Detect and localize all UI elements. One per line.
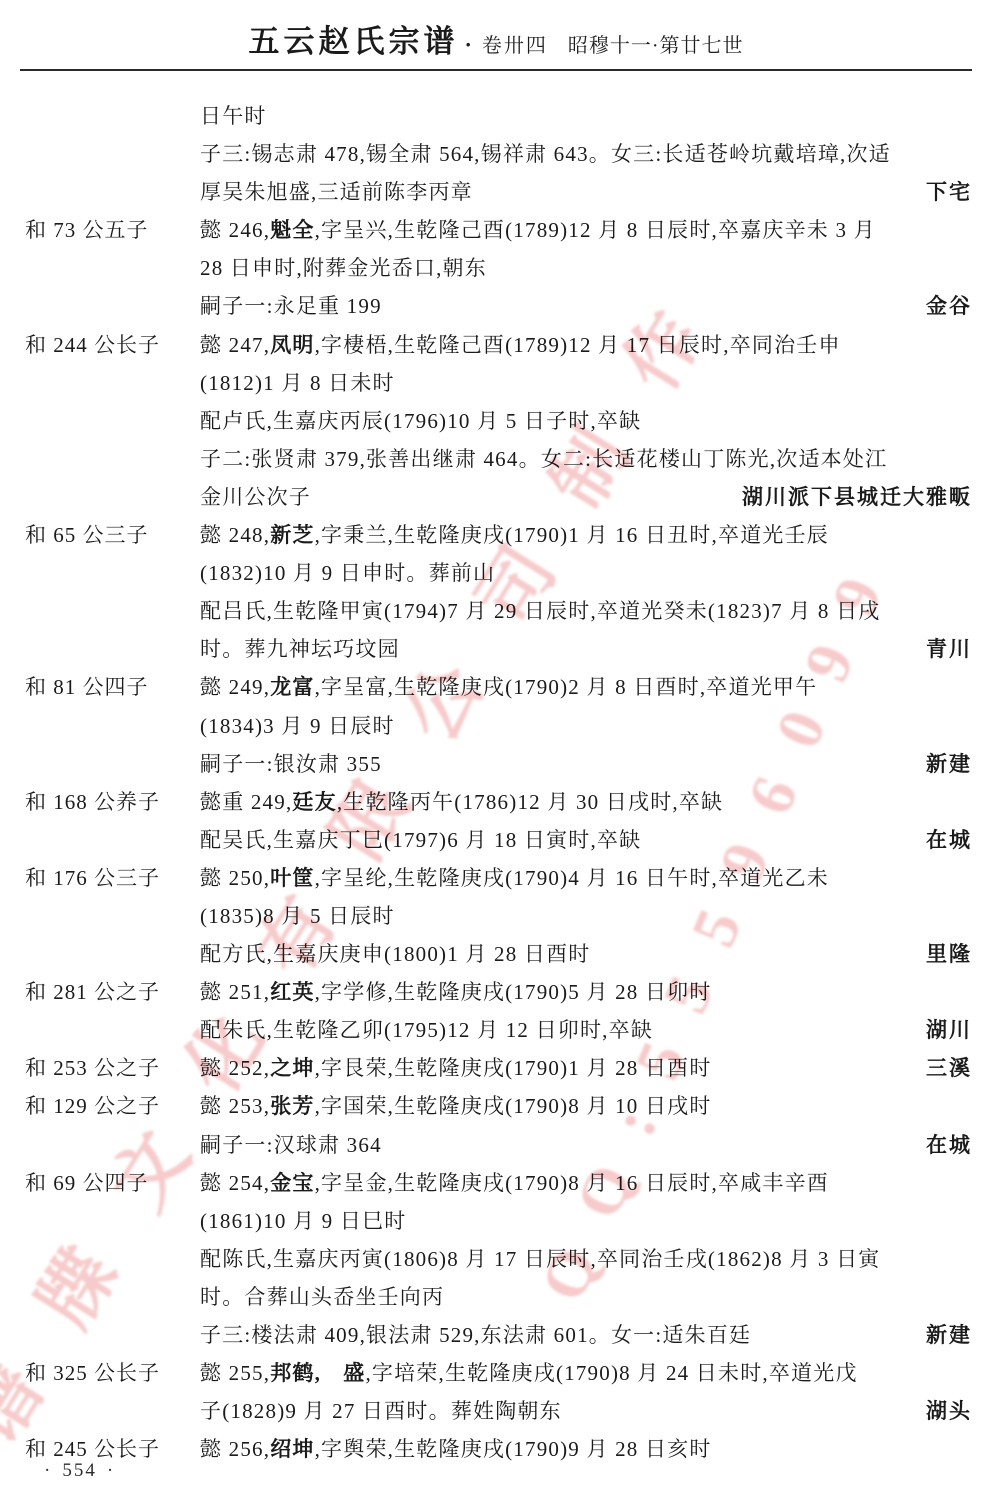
entry-text: 金川公次子 [200, 478, 311, 516]
genealogy-row: 配卢氏,生嘉庆丙辰(1796)10 月 5 日子时,卒缺 [25, 402, 972, 440]
entry-person-name: 廷友 [292, 783, 336, 821]
entry-text: 子三:锡志肃 478,锡全肃 564,锡祥肃 643。女三:长适苍岭坑戴培璋,次… [200, 135, 891, 173]
entry-text: 懿 255, [200, 1354, 270, 1392]
genealogy-row: 时。合葬山头岙坐壬向丙 [25, 1278, 972, 1316]
genealogy-row: 日午时 [25, 97, 972, 135]
genealogy-row: 和 325 公长子懿 255,邦鹤, 盛,字培荣,生乾隆庚戌(1790)8 月 … [25, 1354, 972, 1392]
entry-place-tag: 里隆 [914, 935, 972, 973]
entry-place-tag: 湖川 [914, 1011, 972, 1049]
entry-text: 嗣子一:银汝肃 355 [200, 745, 382, 783]
entry-text: 厚吴朱旭盛,三适前陈李丙章 [200, 173, 473, 211]
book-title: 五云赵氏宗谱 [248, 16, 458, 61]
entry-generation-label: 和 253 公之子 [25, 1049, 200, 1087]
genealogy-row: 和 69 公四子懿 254,金宝,字呈金,生乾隆庚戌(1790)8 月 16 日… [25, 1164, 972, 1202]
entry-generation-label: 和 81 公四子 [25, 668, 200, 706]
genealogy-row: 和 244 公长子懿 247,凤明,字棲梧,生乾隆己酉(1789)12 月 17… [25, 326, 972, 364]
entry-generation-label: 和 325 公长子 [25, 1354, 200, 1392]
entry-text: ,字棲梧,生乾隆己酉(1789)12 月 17 日辰时,卒同治壬申 [315, 326, 841, 364]
entry-text: (1861)10 月 9 日巳时 [200, 1202, 406, 1240]
entry-text: ,字学修,生乾隆庚戌(1790)5 月 28 日卯时 [315, 973, 712, 1011]
genealogy-row: 和 281 公之子懿 251,红英,字学修,生乾隆庚戌(1790)5 月 28 … [25, 973, 972, 1011]
entry-person-name: 龙富 [270, 668, 314, 706]
entry-text: 28 日申时,附葬金光岙口,朝东 [200, 249, 487, 287]
genealogy-row: 和 81 公四子懿 249,龙富,字呈富,生乾隆庚戌(1790)2 月 8 日酉… [25, 668, 972, 706]
entry-person-name: 魁全 [270, 211, 314, 249]
genealogy-row: 配方氏,生嘉庆庚申(1800)1 月 28 日酉时里隆 [25, 935, 972, 973]
genealogy-row: (1835)8 月 5 日辰时 [25, 897, 972, 935]
genealogy-row: 和 73 公五子懿 246,魁全,字呈兴,生乾隆己酉(1789)12 月 8 日… [25, 211, 972, 249]
entry-text: 懿 247, [200, 326, 270, 364]
entry-text: 懿 251, [200, 973, 270, 1011]
page-number-value: 554 [62, 1460, 97, 1481]
entry-place-tag: 在城 [914, 821, 972, 859]
entry-person-name: 金宝 [270, 1164, 314, 1202]
entry-text: ,字呈纶,生乾隆庚戌(1790)4 月 16 日午时,卒道光乙未 [315, 859, 829, 897]
entry-generation-label: 和 73 公五子 [25, 211, 200, 249]
entry-text: 配卢氏,生嘉庆丙辰(1796)10 月 5 日子时,卒缺 [200, 402, 641, 440]
genealogy-row: 和 253 公之子懿 252,之坤,字艮荣,生乾隆庚戌(1790)1 月 28 … [25, 1049, 972, 1087]
page-number-right-dot: · [107, 1460, 115, 1481]
genealogy-row: 金川公次子湖川派下县城迁大雅畈 [25, 478, 972, 516]
entry-text: (1834)3 月 9 日辰时 [200, 707, 395, 745]
entry-text: 嗣子一:永足重 199 [200, 287, 382, 325]
genealogy-row: 和 245 公长子懿 256,绍坤,字舆荣,生乾隆庚戌(1790)9 月 28 … [25, 1430, 972, 1468]
entry-text: 懿 253, [200, 1087, 270, 1125]
page-number: ·554· [34, 1460, 125, 1482]
genealogy-row: 和 176 公三子懿 250,叶筐,字呈纶,生乾隆庚戌(1790)4 月 16 … [25, 859, 972, 897]
entry-person-name: 叶筐 [270, 859, 314, 897]
entry-person-name: 之坤 [270, 1049, 314, 1087]
entry-text: ,字呈兴,生乾隆己酉(1789)12 月 8 日辰时,卒嘉庆辛未 3 月 [315, 211, 876, 249]
entry-text: 懿 246, [200, 211, 270, 249]
entry-person-name: 绍坤 [270, 1430, 314, 1468]
entry-text: ,字秉兰,生乾隆庚戌(1790)1 月 16 日丑时,卒道光壬辰 [315, 516, 829, 554]
entry-place-tag: 湖川派下县城迁大雅畈 [730, 478, 972, 516]
entry-place-tag: 下宅 [914, 173, 972, 211]
entry-text: 配朱氏,生乾隆乙卯(1795)12 月 12 日卯时,卒缺 [200, 1011, 653, 1049]
entry-person-name: 新芝 [270, 516, 314, 554]
entry-place-tag: 在城 [914, 1126, 972, 1164]
genealogy-row: 嗣子一:永足重 199金谷 [25, 287, 972, 325]
entry-place-tag: 新建 [914, 1316, 972, 1354]
genealogy-row: 厚吴朱旭盛,三适前陈李丙章下宅 [25, 173, 972, 211]
genealogy-page: 五云赵氏宗谱 · 卷卅四 昭穆十一·第廿七世 日午时子三:锡志肃 478,锡全肃… [0, 0, 992, 1512]
genealogy-row: 子二:张贤肃 379,张善出继肃 464。女二:长适花楼山丁陈光,次适本处江 [25, 440, 972, 478]
entry-text: 时。合葬山头岙坐壬向丙 [200, 1278, 444, 1316]
entry-text: 配吕氏,生乾隆甲寅(1794)7 月 29 日辰时,卒道光癸未(1823)7 月… [200, 592, 880, 630]
entry-person-name: 红英 [270, 973, 314, 1011]
header-divider [20, 69, 972, 71]
genealogy-row: (1812)1 月 8 日未时 [25, 364, 972, 402]
genealogy-row: 和 168 公养子懿重 249,廷友,生乾隆丙午(1786)12 月 30 日戌… [25, 783, 972, 821]
entry-person-name: 邦鹤, 盛 [270, 1354, 365, 1392]
genealogy-row: 配吴氏,生嘉庆丁巳(1797)6 月 18 日寅时,卒缺在城 [25, 821, 972, 859]
entry-text: 日午时 [200, 97, 267, 135]
genealogy-row: (1861)10 月 9 日巳时 [25, 1202, 972, 1240]
entry-place-tag: 新建 [914, 745, 972, 783]
entry-text: 懿 256, [200, 1430, 270, 1468]
entry-text: ,字培荣,生乾隆庚戌(1790)8 月 24 日未时,卒道光戊 [365, 1354, 857, 1392]
entry-text: 时。葬九神坛巧坟园 [200, 630, 400, 668]
genealogy-row: 和 65 公三子懿 248,新芝,字秉兰,生乾隆庚戌(1790)1 月 16 日… [25, 516, 972, 554]
entry-text: 懿 248, [200, 516, 270, 554]
entry-generation-label: 和 244 公长子 [25, 326, 200, 364]
page-number-left-dot: · [44, 1460, 52, 1481]
entry-text: 懿 250, [200, 859, 270, 897]
entry-text: ,字呈富,生乾隆庚戌(1790)2 月 8 日酉时,卒道光甲午 [315, 668, 818, 706]
entry-text: 配吴氏,生嘉庆丁巳(1797)6 月 18 日寅时,卒缺 [200, 821, 641, 859]
genealogy-row: 子(1828)9 月 27 日酉时。葬姓陶朝东湖头 [25, 1392, 972, 1430]
entry-place-tag: 湖头 [914, 1392, 972, 1430]
entry-text: 懿 252, [200, 1049, 270, 1087]
entry-generation-label: 和 281 公之子 [25, 973, 200, 1011]
genealogy-row: (1834)3 月 9 日辰时 [25, 707, 972, 745]
genealogy-row: 子三:楼法肃 409,银法肃 529,东法肃 601。女一:适朱百廷新建 [25, 1316, 972, 1354]
entry-text: 配陈氏,生嘉庆丙寅(1806)8 月 17 日辰时,卒同治壬戌(1862)8 月… [200, 1240, 880, 1278]
entry-text: 懿 249, [200, 668, 270, 706]
entry-generation-label: 和 65 公三子 [25, 516, 200, 554]
entry-text: 子三:楼法肃 409,银法肃 529,东法肃 601。女一:适朱百廷 [200, 1316, 751, 1354]
entry-text: (1832)10 月 9 日申时。葬前山 [200, 554, 495, 592]
genealogy-row: 嗣子一:汉球肃 364在城 [25, 1126, 972, 1164]
entry-person-name: 张芳 [270, 1087, 314, 1125]
entry-generation-label: 和 168 公养子 [25, 783, 200, 821]
entry-generation-label: 和 176 公三子 [25, 859, 200, 897]
entry-text: ,字国荣,生乾隆庚戌(1790)8 月 10 日戌时 [315, 1087, 712, 1125]
genealogy-entries: 日午时子三:锡志肃 478,锡全肃 564,锡祥肃 643。女三:长适苍岭坑戴培… [25, 97, 972, 1468]
entry-generation-label: 和 69 公四子 [25, 1164, 200, 1202]
entry-text: 配方氏,生嘉庆庚申(1800)1 月 28 日酉时 [200, 935, 591, 973]
genealogy-row: 嗣子一:银汝肃 355新建 [25, 745, 972, 783]
entry-text: 懿 254, [200, 1164, 270, 1202]
genealogy-row: 时。葬九神坛巧坟园青川 [25, 630, 972, 668]
entry-text: 子二:张贤肃 379,张善出继肃 464。女二:长适花楼山丁陈光,次适本处江 [200, 440, 887, 478]
volume-label: 卷卅四 [482, 29, 548, 58]
entry-place-tag: 青川 [914, 630, 972, 668]
entry-text: ,字舆荣,生乾隆庚戌(1790)9 月 28 日亥时 [315, 1430, 712, 1468]
entry-text: 子(1828)9 月 27 日酉时。葬姓陶朝东 [200, 1392, 562, 1430]
entry-text: (1835)8 月 5 日辰时 [200, 897, 395, 935]
entry-text: ,生乾隆丙午(1786)12 月 30 日戌时,卒缺 [337, 783, 723, 821]
entry-place-tag: 金谷 [914, 287, 972, 325]
entry-generation-label: 和 129 公之子 [25, 1087, 200, 1125]
entry-text: 懿重 249, [200, 783, 292, 821]
entry-text: 嗣子一:汉球肃 364 [200, 1126, 382, 1164]
page-header: 五云赵氏宗谱 · 卷卅四 昭穆十一·第廿七世 [0, 0, 992, 61]
entry-place-tag: 三溪 [914, 1049, 972, 1087]
entry-text: ,字呈金,生乾隆庚戌(1790)8 月 16 日辰时,卒咸丰辛酉 [315, 1164, 829, 1202]
genealogy-row: 28 日申时,附葬金光岙口,朝东 [25, 249, 972, 287]
entry-text: ,字艮荣,生乾隆庚戌(1790)1 月 28 日酉时 [315, 1049, 712, 1087]
genealogy-row: 子三:锡志肃 478,锡全肃 564,锡祥肃 643。女三:长适苍岭坑戴培璋,次… [25, 135, 972, 173]
generation-section-label: 昭穆十一·第廿七世 [568, 29, 744, 58]
entry-text: (1812)1 月 8 日未时 [200, 364, 395, 402]
genealogy-row: 配朱氏,生乾隆乙卯(1795)12 月 12 日卯时,卒缺湖川 [25, 1011, 972, 1049]
genealogy-row: 和 129 公之子懿 253,张芳,字国荣,生乾隆庚戌(1790)8 月 10 … [25, 1087, 972, 1125]
genealogy-row: 配陈氏,生嘉庆丙寅(1806)8 月 17 日辰时,卒同治壬戌(1862)8 月… [25, 1240, 972, 1278]
entry-person-name: 凤明 [270, 326, 314, 364]
genealogy-row: (1832)10 月 9 日申时。葬前山 [25, 554, 972, 592]
genealogy-row: 配吕氏,生乾隆甲寅(1794)7 月 29 日辰时,卒道光癸未(1823)7 月… [25, 592, 972, 630]
title-separator-dot: · [464, 32, 471, 58]
